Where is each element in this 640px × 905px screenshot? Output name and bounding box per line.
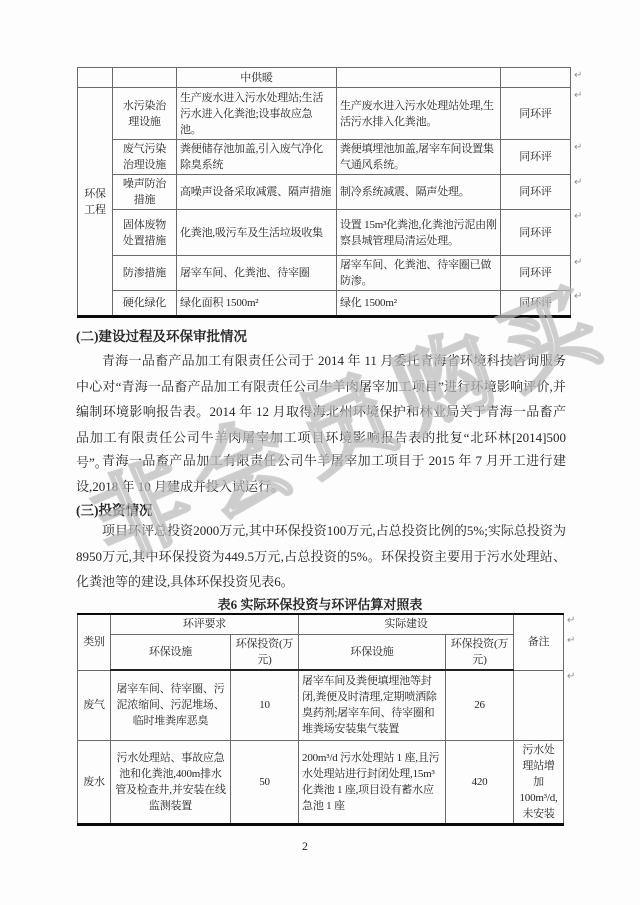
eia-requirement-cell: 屠宰车间、化粪池、待宰圈 <box>177 256 337 291</box>
table-row: 中供暖 <box>78 68 571 88</box>
actual-build-cell: 屠宰车间、化粪池、待宰圈已做防渗。 <box>337 256 501 291</box>
table-row: 废气 屠宰车间、待宰圈、污泥浓缩间、污泥堆场、临时堆粪库恶臭 10 屠宰车间及粪… <box>78 670 564 740</box>
header-remark: 备注 <box>514 614 564 670</box>
eia-facility-cell: 屠宰车间、待宰圈、污泥浓缩间、污泥堆场、临时堆粪库恶臭 <box>111 670 231 740</box>
empty-cell <box>337 68 501 88</box>
paragraph-return-icon: ↵ <box>574 178 582 188</box>
table-row: 固体废物 处置措施 化粪池,吸污车及生活垃圾收集 设置 15m³化粪池,化粪池污… <box>78 210 571 256</box>
remark-cell <box>514 670 564 740</box>
remark-cell: 同环评 <box>501 291 571 317</box>
actual-investment-cell: 26 <box>446 670 514 740</box>
table-row: 废水 污水处理站、事故应急池和化粪池,400m排水管及检查井,并安装在线监测装置… <box>78 740 564 824</box>
paragraph-return-icon: ↵ <box>567 636 575 646</box>
env-works-table-wrap: 中供暖 环保 工程 水污染治 理设施 生产废水进入污水处理站;生活污水进入化粪池… <box>77 67 570 318</box>
document-page: 中供暖 环保 工程 水污染治 理设施 生产废水进入污水处理站;生活污水进入化粪池… <box>0 0 640 905</box>
eia-requirement-cell: 生产废水进入污水处理站;生活污水进入化粪池;设事故应急池。 <box>177 88 337 140</box>
empty-cell <box>501 68 571 88</box>
table-row: 环保 工程 水污染治 理设施 生产废水进入污水处理站;生活污水进入化粪池;设事故… <box>78 88 571 140</box>
row-label-cell: 噪声防治 措施 <box>113 175 177 210</box>
remark-cell: 同环评 <box>501 175 571 210</box>
paragraph-return-icon: ↵ <box>574 91 582 101</box>
env-works-table: 中供暖 环保 工程 水污染治 理设施 生产废水进入污水处理站;生活污水进入化粪池… <box>77 67 571 318</box>
table6-title: 表6 实际环保投资与环评估算对照表 <box>77 595 563 615</box>
paragraph-return-icon: ↵ <box>574 212 582 222</box>
remark-cell: 同环评 <box>501 140 571 175</box>
table-row: 噪声防治 措施 高噪声设备采取减震、隔声措施 制冷系统减震、隔声处理。 同环评 <box>78 175 571 210</box>
table-row: 硬化绿化 绿化面积 1500m² 绿化 1500m² 同环评 <box>78 291 571 317</box>
table-header-row: 环保设施 环保投资(万元) 环保设施 环保投资(万元) <box>78 634 564 670</box>
paragraph-return-icon: ↵ <box>567 616 575 626</box>
carry-over-cell: 中供暖 <box>177 68 337 88</box>
eia-requirement-cell: 化粪池,吸污车及生活垃圾收集 <box>177 210 337 256</box>
actual-build-cell: 粪便填埋池加盖,屠宰车间设置集气通风系统。 <box>337 140 501 175</box>
paragraph-return-icon: ↵ <box>574 292 582 302</box>
eia-facility-cell: 污水处理站、事故应急池和化粪池,400m排水管及检查井,并安装在线监测装置 <box>111 740 231 824</box>
row-label-cell: 水污染治 理设施 <box>113 88 177 140</box>
header-eia-facility: 环保设施 <box>111 634 231 670</box>
row-label-cell: 防渗措施 <box>113 256 177 291</box>
remark-cell: 同环评 <box>501 210 571 256</box>
eia-investment-cell: 10 <box>231 670 299 740</box>
remark-cell: 污水处理站增加 100m³/d,未安装 <box>514 740 564 824</box>
header-actual-investment: 环保投资(万元) <box>446 634 514 670</box>
paragraph-return-icon: ↵ <box>574 143 582 153</box>
investment-table-wrap: 类别 环评要求 实际建设 备注 环保设施 环保投资(万元) 环保设施 环保投资(… <box>77 613 563 826</box>
paragraph-return-icon: ↵ <box>574 71 582 81</box>
group-label-cell: 环保 工程 <box>78 88 113 317</box>
row-label-cell: 废气污染 治理设施 <box>113 140 177 175</box>
header-eia-investment: 环保投资(万元) <box>231 634 299 670</box>
actual-build-cell: 设置 15m³化粪池,化粪池污泥由刚察县城管理局清运处理。 <box>337 210 501 256</box>
actual-facility-cell: 200m³/d 污水处理站 1 座,且污水处理站进行封闭处理,15m³化粪池 1… <box>299 740 446 824</box>
section-heading-construction-approval: (二)建设过程及环保审批情况 <box>76 324 566 350</box>
empty-cell <box>78 68 113 88</box>
actual-facility-cell: 屠宰车间及粪便填埋池等封闭,粪便及时清理,定期喷洒除臭药剂;屠宰车间、待宰圈和堆… <box>299 670 446 740</box>
header-actual-group: 实际建设 <box>299 614 514 634</box>
category-cell: 废气 <box>78 670 111 740</box>
header-category: 类别 <box>78 614 111 670</box>
actual-investment-cell: 420 <box>446 740 514 824</box>
row-label-cell: 硬化绿化 <box>113 291 177 317</box>
remark-cell: 同环评 <box>501 88 571 140</box>
table-row: 防渗措施 屠宰车间、化粪池、待宰圈 屠宰车间、化粪池、待宰圈已做防渗。 同环评 <box>78 256 571 291</box>
category-cell: 废水 <box>78 740 111 824</box>
paragraph: 青海一品畜产品加工有限责任公司牛羊屠宰加工项目于 2015 年 7 月开工进行建… <box>76 448 566 499</box>
paragraph-return-icon: ↵ <box>567 672 575 682</box>
actual-build-cell: 生产废水进入污水处理站处理,生活污水排入化粪池。 <box>337 88 501 140</box>
header-eia-group: 环评要求 <box>111 614 299 634</box>
eia-requirement-cell: 粪便储存池加盖,引入废气净化除臭系统 <box>177 140 337 175</box>
empty-cell <box>113 68 177 88</box>
actual-build-cell: 制冷系统减震、隔声处理。 <box>337 175 501 210</box>
investment-comparison-table: 类别 环评要求 实际建设 备注 环保设施 环保投资(万元) 环保设施 环保投资(… <box>77 613 564 826</box>
paragraph-return-icon: ↵ <box>574 258 582 268</box>
eia-requirement-cell: 绿化面积 1500m² <box>177 291 337 317</box>
actual-build-cell: 绿化 1500m² <box>337 291 501 317</box>
header-actual-facility: 环保设施 <box>299 634 446 670</box>
paragraph: 项目环评总投资2000万元,其中环保投资100万元,占总投资比例的5%;实际总投… <box>76 518 566 595</box>
page-number: 2 <box>0 839 610 854</box>
table-header-row: 类别 环评要求 实际建设 备注 <box>78 614 564 634</box>
table-row: 废气污染 治理设施 粪便储存池加盖,引入废气净化除臭系统 粪便填埋池加盖,屠宰车… <box>78 140 571 175</box>
eia-requirement-cell: 高噪声设备采取减震、隔声措施 <box>177 175 337 210</box>
row-label-cell: 固体废物 处置措施 <box>113 210 177 256</box>
remark-cell: 同环评 <box>501 256 571 291</box>
eia-investment-cell: 50 <box>231 740 299 824</box>
